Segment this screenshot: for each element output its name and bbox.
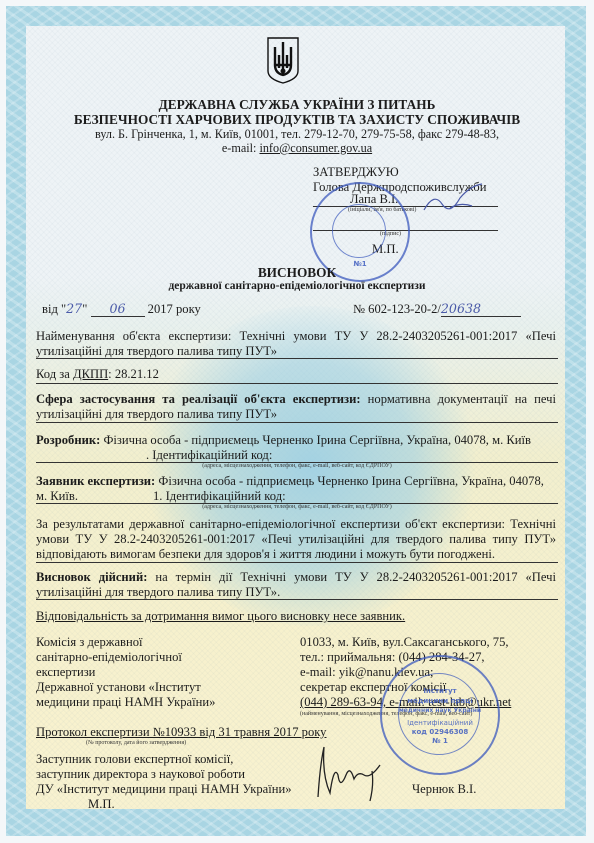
- applicant-caption: (адреса, місцезнаходження, телефон, факс…: [36, 504, 558, 511]
- document-number: № 602-123-20-2/20638: [353, 301, 521, 317]
- agency-email-link[interactable]: info@consumer.gov.ua: [259, 141, 372, 155]
- agency-name-line1: ДЕРЖАВНА СЛУЖБА УКРАЇНИ З ПИТАНЬ: [60, 97, 534, 112]
- dkpp-field: Код за ДКПП: 28.21.12: [36, 367, 159, 382]
- applicant-label: Заявник експертизи:: [36, 474, 155, 488]
- signatory-seal-label: М.П.: [36, 797, 306, 812]
- result-text: За результатами державної санітарно-епід…: [36, 517, 556, 562]
- validity-field: Висновок дійсний: на термін дії Технічні…: [36, 570, 556, 600]
- protocol-caption: (№ протоколу, дата його затвердження): [86, 740, 186, 747]
- developer-id-code: . Ідентифікаційний код:: [146, 448, 272, 463]
- developer-field: Розробник: Фізична особа - підприємець Ч…: [36, 433, 556, 448]
- responsibility-note: Відповідальність за дотримання вимог цьо…: [36, 609, 405, 624]
- dkpp-link[interactable]: ДКПП: [73, 367, 108, 381]
- object-label: Найменування об'єкта експертизи:: [36, 329, 231, 343]
- document-date: від "27" 06 2017 року: [42, 301, 262, 317]
- date-year: 2017 року: [148, 302, 201, 316]
- agency-name-line2: БЕЗПЕЧНОСТІ ХАРЧОВИХ ПРОДУКТІВ ТА ЗАХИСТ…: [40, 112, 554, 127]
- trident-coat-of-arms-icon: [265, 35, 301, 85]
- date-month: 06: [91, 301, 145, 317]
- signatory-signature: [310, 735, 390, 805]
- protocol-line: Протокол експертизи №10933 від 31 травня…: [36, 725, 326, 740]
- date-day: 27: [66, 301, 82, 316]
- applicant-field: Заявник експертизи: Фізична особа - підп…: [36, 474, 556, 504]
- commission-name: Комісія з державної санітарно-епідеміоло…: [36, 635, 276, 710]
- approve-label: ЗАТВЕРДЖУЮ: [313, 165, 399, 180]
- developer-value: Фізична особа - підприємець Черненко Іри…: [103, 433, 531, 447]
- applicant-id-code: 1. Ідентифікаційний код:: [153, 489, 286, 504]
- document-subtitle: державної санітарно-епідеміологічної екс…: [60, 280, 534, 292]
- developer-label: Розробник:: [36, 433, 100, 447]
- agency-email-line: e-mail: info@consumer.gov.ua: [40, 141, 554, 155]
- object-field: Найменування об'єкта експертизи: Технічн…: [36, 329, 556, 359]
- scope-label: Сфера застосування та реалізації об'єкта…: [36, 392, 361, 406]
- institute-stamp: Інститут медицини праці медичних наук Ук…: [380, 655, 500, 775]
- dkpp-value: : 28.21.12: [108, 367, 159, 381]
- scope-field: Сфера застосування та реалізації об'єкта…: [36, 392, 556, 422]
- agency-address: вул. Б. Грінченка, 1, м. Київ, 01001, те…: [40, 127, 554, 141]
- number-handwritten: 20638: [441, 301, 521, 317]
- email-label: e-mail:: [222, 141, 260, 155]
- signatory-position: Заступник голови експертної комісії, зас…: [36, 752, 306, 812]
- document-title: ВИСНОВОК: [60, 265, 534, 280]
- validity-label: Висновок дійсний:: [36, 570, 147, 584]
- signatory-name: Чернюк В.І.: [412, 782, 476, 797]
- approver-signature: [420, 180, 490, 220]
- developer-caption: (адреса, місцезнаходження, телефон, факс…: [36, 463, 558, 470]
